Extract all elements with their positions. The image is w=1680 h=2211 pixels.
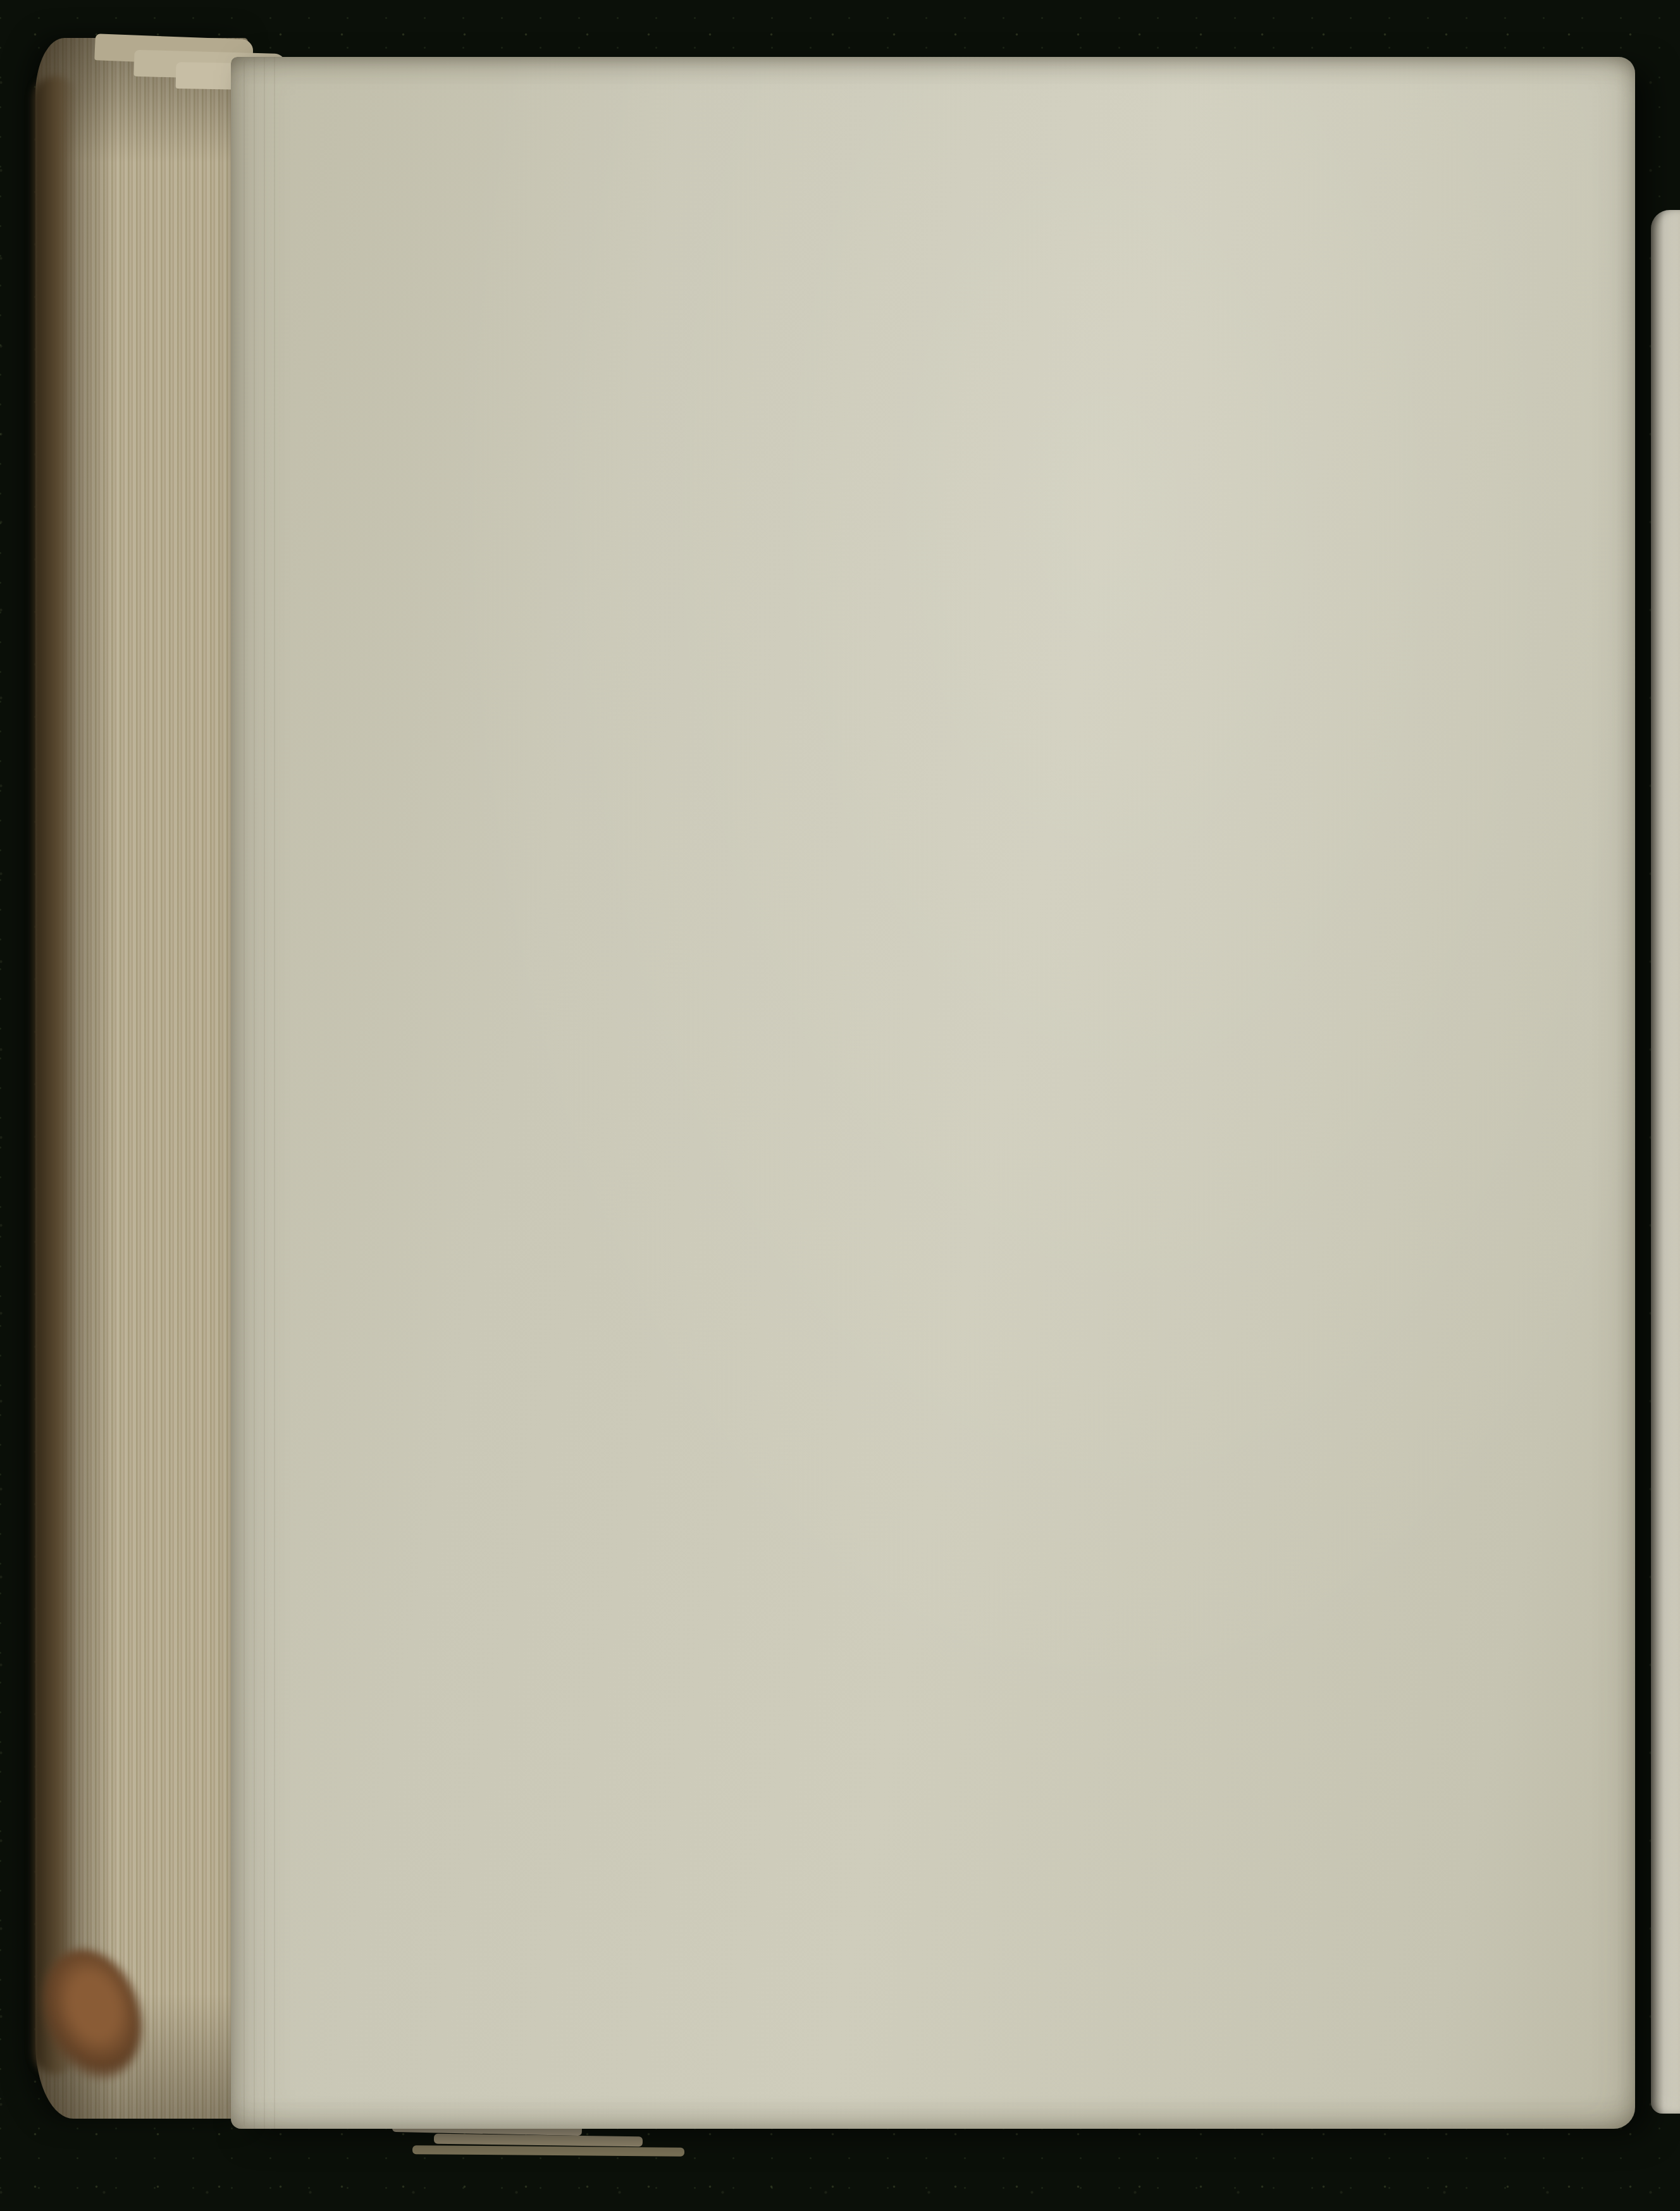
bottom-page-edge bbox=[412, 2145, 684, 2157]
book-spine-shadow bbox=[33, 76, 77, 2074]
inner-margin-fold-lines bbox=[244, 57, 281, 2129]
adjacent-page-edge bbox=[1651, 210, 1680, 2114]
book-page bbox=[231, 57, 1635, 2129]
book-scan-photo: 386 Wollin—Wollschow. An der Südseite Gr… bbox=[0, 0, 1680, 2211]
bottom-page-edge bbox=[434, 2134, 643, 2147]
